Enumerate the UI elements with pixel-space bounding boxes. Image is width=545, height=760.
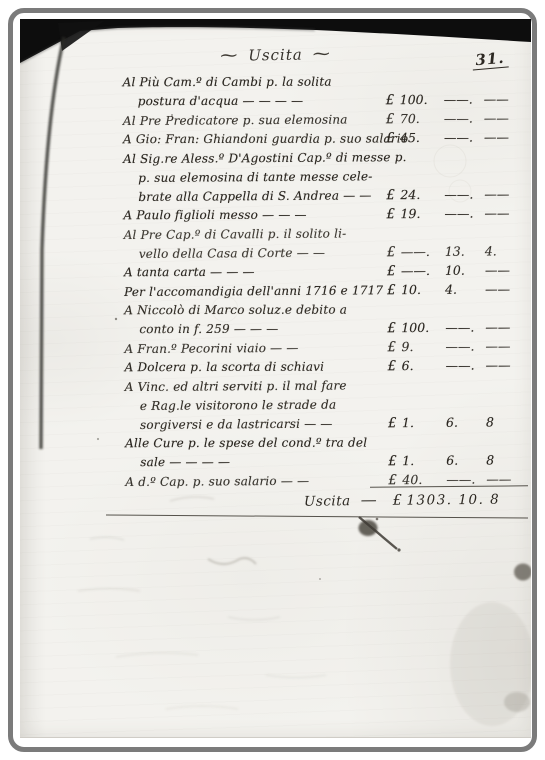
ledger-entry: Al Sig.re Aless.º D'Agostini Cap.º di me… [123,147,520,207]
amount-part: —— [485,317,515,336]
page-number: 31. [471,48,509,70]
entry-amount: £100.——.—— [386,89,514,110]
amount-part: ——. [446,356,486,375]
amount-part: 8 [486,450,516,469]
entry-amount: £9.——.—— [387,336,515,357]
total-amount: £1303. 10. 8 [393,492,501,509]
entry-amount: £100.——.—— [387,317,515,338]
amount-part: 13. [445,242,485,261]
amount-part: ——. [444,204,484,223]
entry-amount: £19.——.—— [386,203,514,224]
amount-part: —— [485,260,515,279]
amount-part: 1. [402,451,446,470]
amount-part: 19. [400,204,444,223]
currency-sign-icon: £ [387,281,401,300]
amount-part: —— [484,184,514,203]
amount-part: 10. [401,280,445,299]
currency-sign-icon: £ [388,357,402,376]
currency-sign-icon: £ [388,452,402,471]
entry-amount: £10.4.—— [387,279,515,300]
right-edge-stain [514,564,531,581]
amount-part: 9. [401,337,445,356]
amount-part: 4. [485,241,515,260]
amount-part: 4. [445,280,485,299]
amount-part: 45. [400,128,444,147]
total-label: Uscita [304,493,351,509]
amount-part: ——. [401,242,445,261]
ledger-entry: Al Più Cam.º di Cambi p. la solitapostur… [123,71,520,112]
ledger-entry: Alle Cure p. le spese del cond.º tra del… [125,432,522,473]
amount-part: 6. [446,451,486,470]
entry-amount: £1.6.8 [388,450,516,471]
flourish-right-icon: ⁓ [303,44,341,65]
total-rule-below [106,515,528,519]
amount-part: 70. [400,109,444,128]
amount-part: —— [484,203,514,222]
amount-part: 100. [400,90,444,109]
total-dash: — [361,490,377,509]
entry-amount: £45.——.—— [386,127,514,148]
manuscript-page: ⁓Uscita⁓ 31. Al Più Cam.º di Cambi p. la… [20,19,531,738]
amount-part: —— [486,355,516,374]
bottom-right-smudge [450,602,531,726]
currency-sign-icon: £ [386,129,400,148]
flourish-left-icon: ⁓ [210,45,248,66]
entry-amount: £——.13.4. [387,241,515,262]
amount-part: —— [484,89,514,108]
amount-part: 6. [402,356,446,375]
page-title: Uscita [248,46,303,65]
ledger-entry: A Niccolò di Marco soluz.e debito aconto… [124,299,521,340]
ledger-entry: Al Pre Cap.º di Cavalli p. il solito li-… [124,223,521,264]
amount-part: 6. [446,413,486,432]
entry-amount: £24.——.—— [386,184,514,205]
entry-amount: £70.——.—— [386,108,514,129]
currency-sign-icon: £ [388,414,402,433]
currency-sign-icon: £ [387,262,401,281]
amount-part: ——. [444,185,484,204]
total-row: Uscita — £1303. 10. 8 [20,488,531,512]
currency-sign-icon: £ [386,110,400,129]
amount-part: 8 [486,412,516,431]
currency-sign-icon: £ [386,186,400,205]
amount-part: ——. [444,109,484,128]
amount-part: ——. [445,318,485,337]
currency-sign-icon: £ [386,91,400,110]
currency-sign-icon: £ [387,338,401,357]
amount-part: 1. [402,413,446,432]
bleedthrough-marks [78,497,326,709]
amount-part: 100. [401,318,445,337]
currency-sign-icon: £ [387,319,401,338]
bottom-right-dark-spot [504,692,530,712]
amount-part: 10. [445,261,485,280]
manuscript-screenshot: { "document": { "kind": "handwritten led… [0,0,545,760]
currency-sign-icon: £ [386,205,400,224]
currency-sign-icon: £ [387,243,401,262]
amount-part: ——. [444,90,484,109]
amount-part: —— [484,127,514,146]
amount-part: —— [485,279,515,298]
ledger-entry: A Vinc. ed altri serviti p. il mal faree… [125,375,522,435]
page-header: ⁓Uscita⁓ [20,41,531,70]
ink-blot-stain [359,517,401,552]
ledger-entries: Al Più Cam.º di Cambi p. la solitapostur… [20,71,531,493]
amount-part: —— [485,336,515,355]
amount-part: ——. [445,337,485,356]
entry-amount: £1.6.8 [388,412,516,433]
total-value: 1303. 10. 8 [406,492,500,509]
amount-part: ——. [444,128,484,147]
entry-amount: £6.——.—— [388,355,516,376]
amount-part: —— [484,108,514,127]
amount-part: ——. [401,261,445,280]
amount-part: 24. [400,185,444,204]
currency-sign-icon: £ [393,493,407,509]
entry-amount: £——.10.—— [387,260,515,281]
